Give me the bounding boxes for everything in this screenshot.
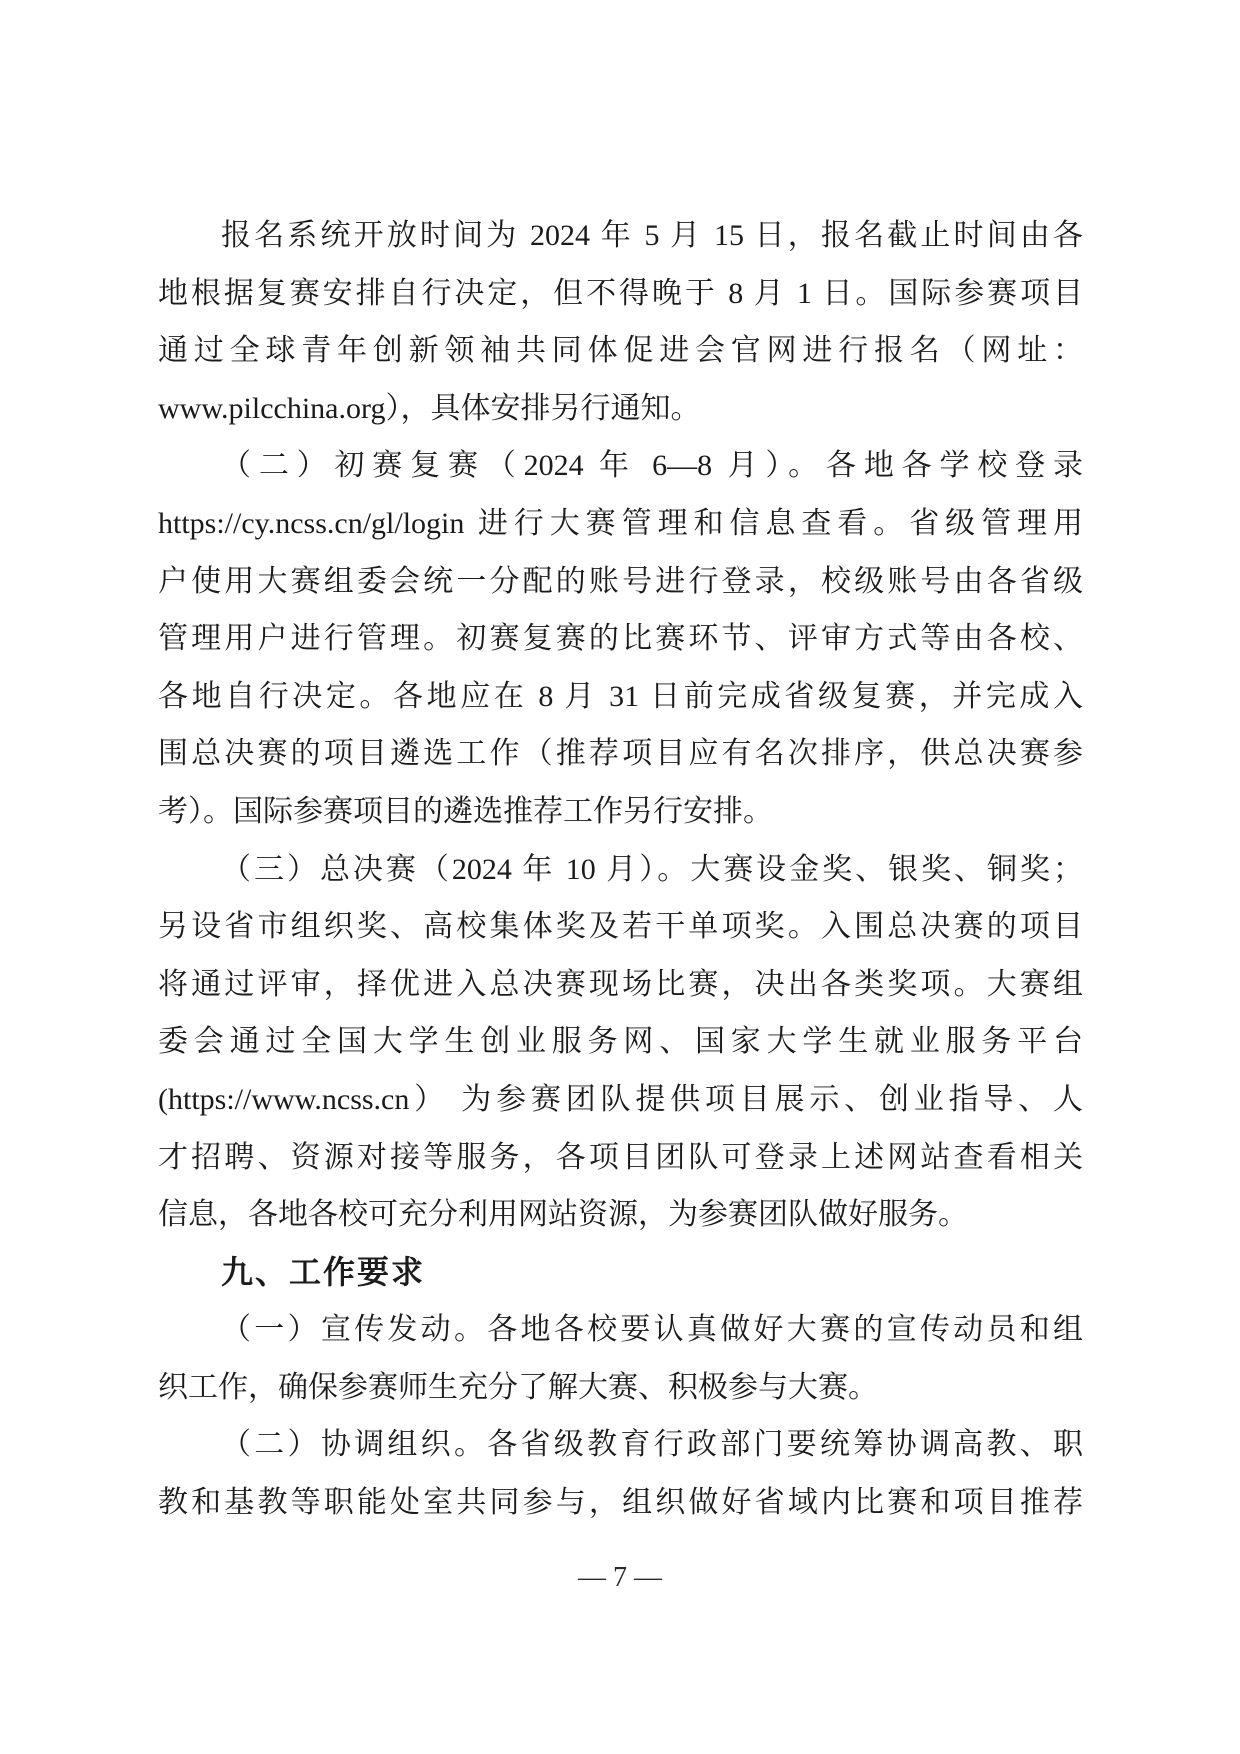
text-line: 将通过评审，择优进入总决赛现场比赛，决出各类奖项。大赛组 <box>158 956 1083 1014</box>
text-line: 报名系统开放时间为 2024 年 5 月 15 日，报名截止时间由各 <box>158 207 1083 265</box>
text-line: 另设省市组织奖、高校集体奖及若干单项奖。入围总决赛的项目 <box>158 898 1083 956</box>
document-page: 报名系统开放时间为 2024 年 5 月 15 日，报名截止时间由各地根据复赛安… <box>0 0 1240 1754</box>
text-line: （二）协调组织。各省级教育行政部门要统筹协调高教、职 <box>158 1416 1083 1474</box>
text-line: 才招聘、资源对接等服务，各项目团队可登录上述网站查看相关 <box>158 1129 1083 1187</box>
text-line: 信息，各地各校可充分利用网站资源，为参赛团队做好服务。 <box>158 1186 1083 1244</box>
text-line: 围总决赛的项目遴选工作（推荐项目应有名次排序，供总决赛参 <box>158 725 1083 783</box>
text-line: (https://www.ncss.cn） 为参赛团队提供项目展示、创业指导、人 <box>158 1071 1083 1129</box>
text-line: 各地自行决定。各地应在 8 月 31 日前完成省级复赛，并完成入 <box>158 668 1083 726</box>
section-heading: 九、工作要求 <box>158 1244 1083 1302</box>
text-line: 户使用大赛组委会统一分配的账号进行登录，校级账号由各省级 <box>158 553 1083 611</box>
text-line: https://cy.ncss.cn/gl/login 进行大赛管理和信息查看。… <box>158 495 1083 553</box>
text-line: 委会通过全国大学生创业服务网、国家大学生就业服务平台 <box>158 1013 1083 1071</box>
text-line: www.pilcchina.org），具体安排另行通知。 <box>158 380 1083 438</box>
text-line: （一）宣传发动。各地各校要认真做好大赛的宣传动员和组 <box>158 1301 1083 1359</box>
page-number: — 7 — <box>0 1558 1240 1598</box>
text-line: 教和基教等职能处室共同参与，组织做好省域内比赛和项目推荐 <box>158 1474 1083 1532</box>
text-line: 通过全球青年创新领袖共同体促进会官网进行报名（网址： <box>158 322 1083 380</box>
document-body: 报名系统开放时间为 2024 年 5 月 15 日，报名截止时间由各地根据复赛安… <box>158 207 1083 1532</box>
text-line: （二）初赛复赛（2024 年 6—8 月）。各地各学校登录 <box>158 437 1083 495</box>
text-line: 地根据复赛安排自行决定，但不得晚于 8 月 1 日。国际参赛项目 <box>158 265 1083 323</box>
text-line: 考）。国际参赛项目的遴选推荐工作另行安排。 <box>158 783 1083 841</box>
text-line: 织工作，确保参赛师生充分了解大赛、积极参与大赛。 <box>158 1359 1083 1417</box>
text-line: （三）总决赛（2024 年 10 月）。大赛设金奖、银奖、铜奖； <box>158 841 1083 899</box>
text-line: 管理用户进行管理。初赛复赛的比赛环节、评审方式等由各校、 <box>158 610 1083 668</box>
